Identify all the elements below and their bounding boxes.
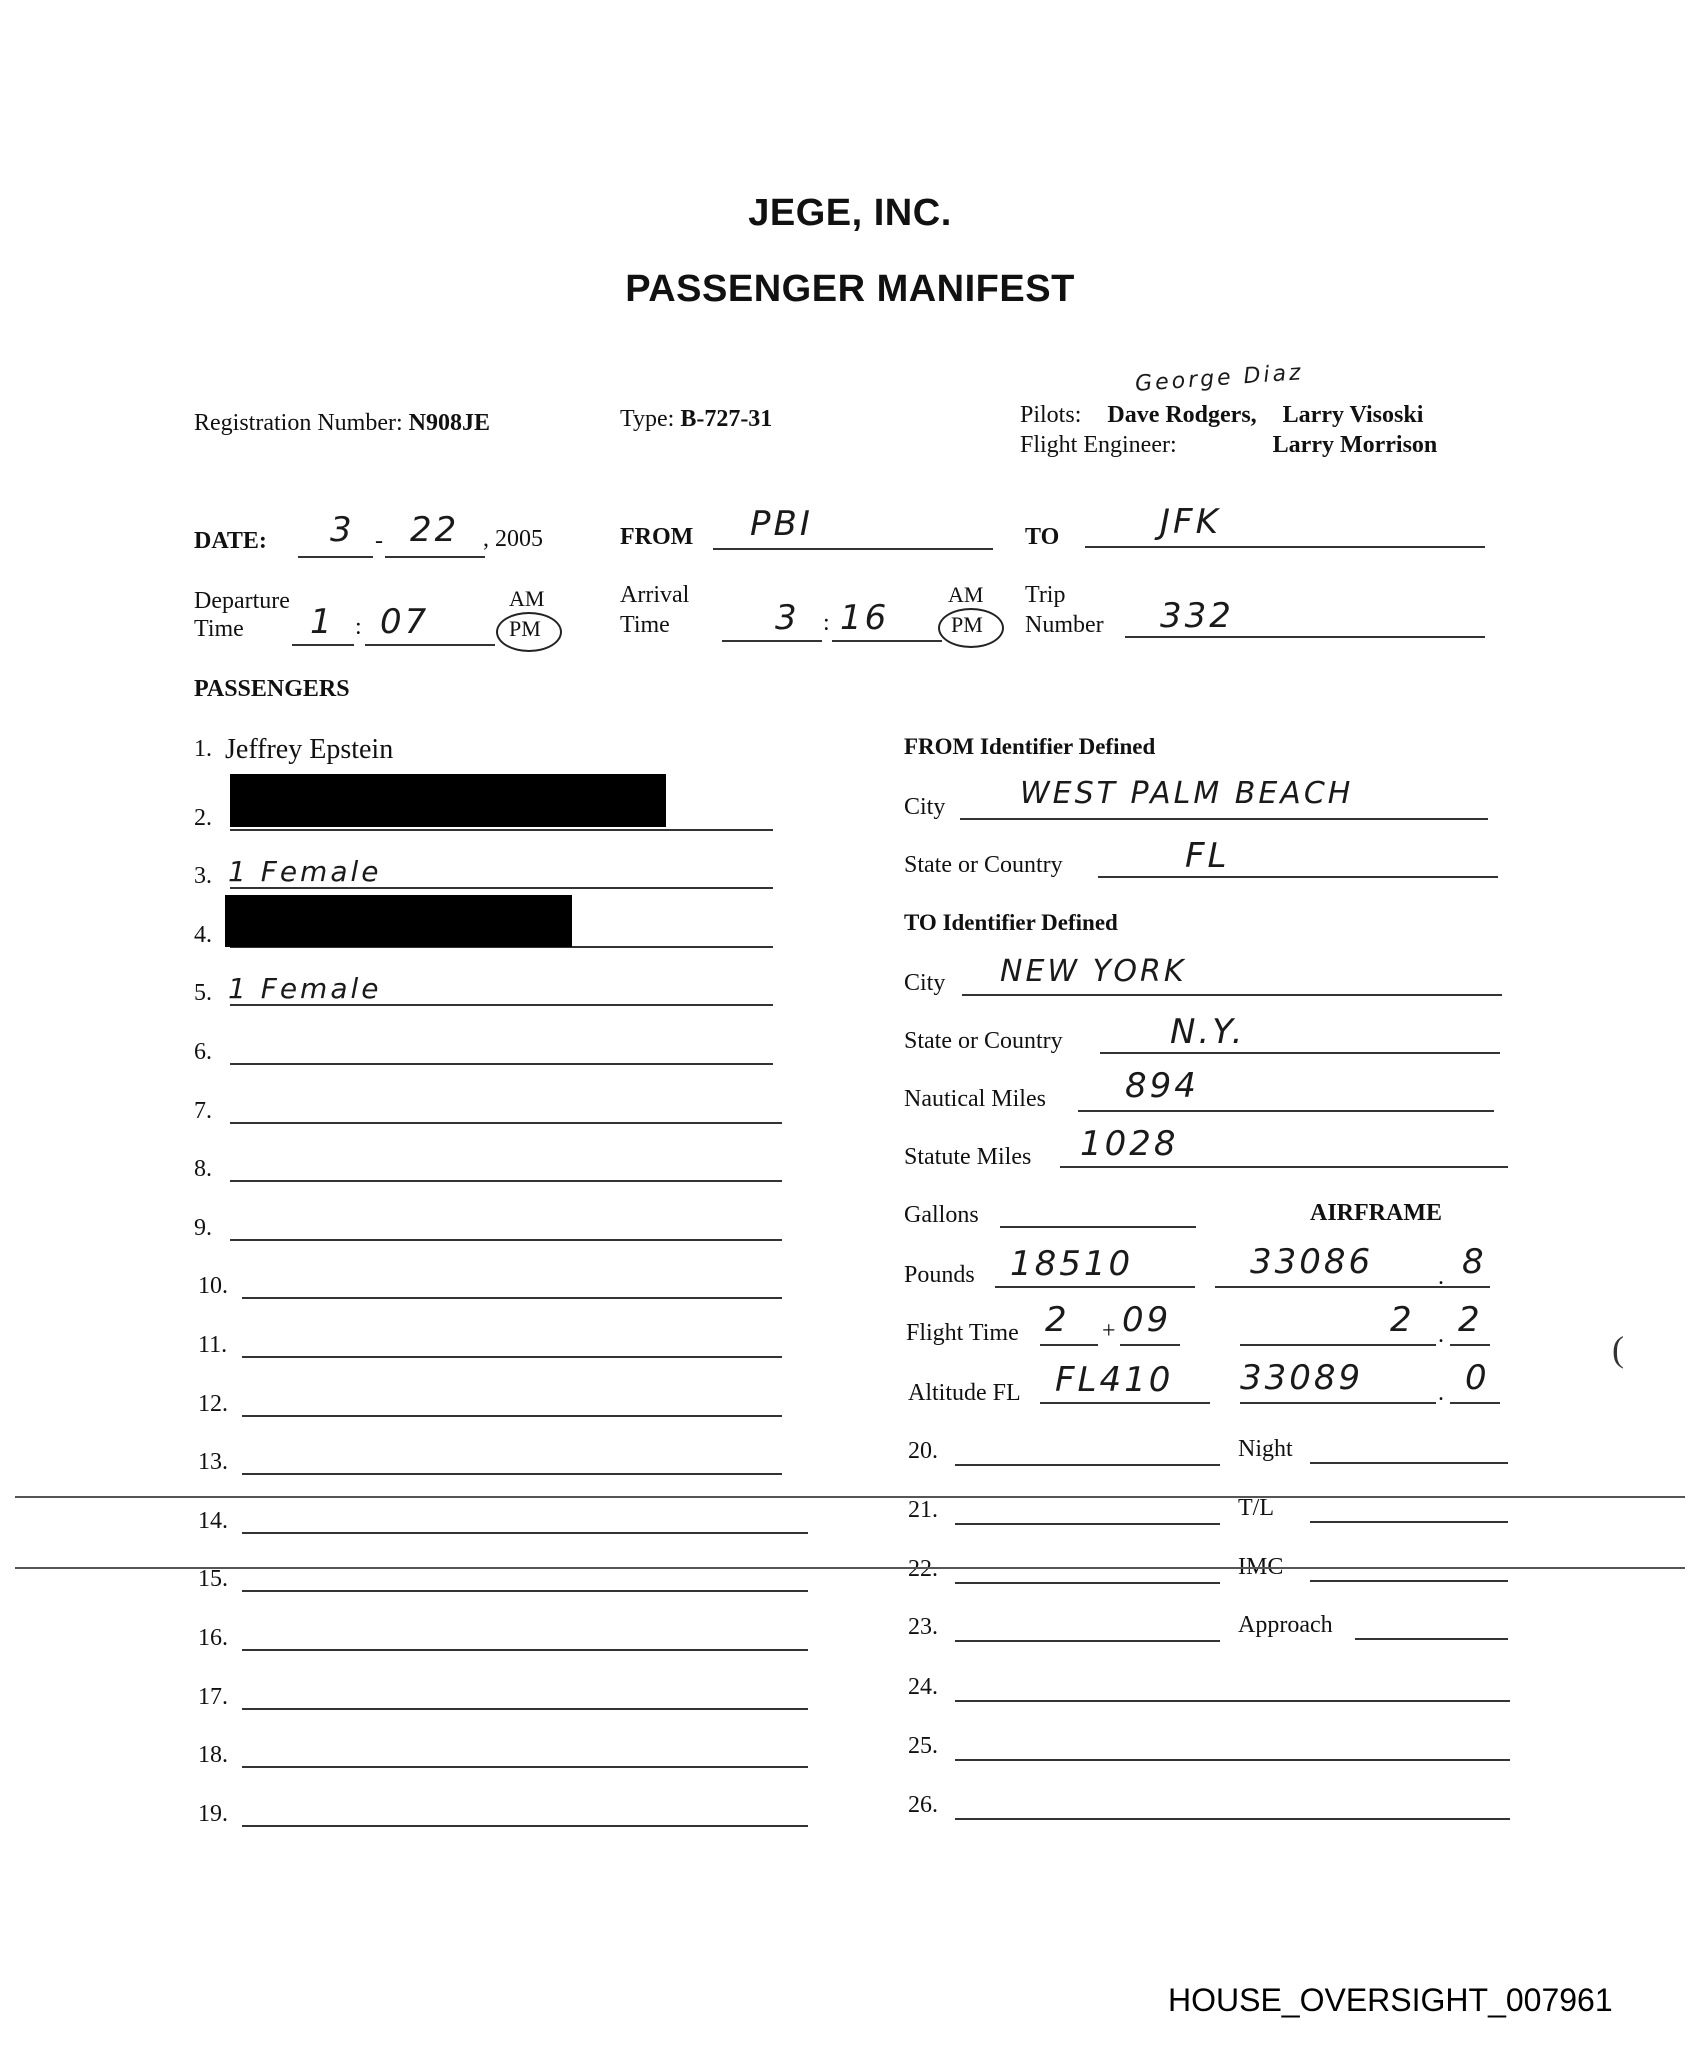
extra-row-side-line[interactable]: [1310, 1462, 1508, 1464]
flight-time-hours-line: [1040, 1344, 1098, 1346]
airframe-delta[interactable]: 2: [1390, 1300, 1415, 1340]
passenger-name-line[interactable]: [242, 1532, 808, 1534]
departure-colon: :: [355, 614, 362, 641]
passenger-name-line[interactable]: [242, 1649, 808, 1651]
trip-label-1: Trip: [1025, 582, 1065, 609]
to-city-line: [962, 994, 1502, 996]
from-identifier-heading: FROM Identifier Defined: [904, 734, 1155, 760]
passenger-number: 11.: [198, 1332, 227, 1359]
passenger-name-line[interactable]: [242, 1708, 808, 1710]
extra-row-side-line[interactable]: [1355, 1638, 1508, 1640]
passenger-number: 3.: [194, 863, 212, 890]
type-value: B-727-31: [680, 406, 772, 432]
passenger-number: 16.: [198, 1625, 228, 1652]
flight-time-hours[interactable]: 2: [1045, 1300, 1070, 1340]
type-field: Type: B-727-31: [620, 406, 772, 433]
passenger-name-line[interactable]: [242, 1766, 808, 1768]
passenger-number: 12.: [198, 1391, 228, 1418]
passenger-number: 14.: [198, 1508, 228, 1535]
departure-hour-line: [292, 644, 354, 646]
passenger-number: 7.: [194, 1098, 212, 1125]
scan-rule: [15, 1567, 1685, 1569]
date-month-line: [298, 556, 373, 558]
date-day[interactable]: 22: [410, 510, 459, 550]
trip-label-2: Number: [1025, 612, 1104, 639]
to-city[interactable]: NEW YORK: [1000, 954, 1187, 989]
airframe-start-line: [1215, 1286, 1455, 1288]
airframe-delta-dec-line: [1450, 1344, 1490, 1346]
to-identifier-heading: TO Identifier Defined: [904, 910, 1118, 936]
to-state[interactable]: N.Y.: [1170, 1012, 1245, 1052]
arrival-colon: :: [823, 610, 830, 637]
extra-row-line[interactable]: [955, 1464, 1220, 1466]
date-dash: -: [375, 528, 383, 555]
airframe-end-dot: .: [1438, 1380, 1444, 1407]
flight-time-plus: +: [1102, 1318, 1116, 1345]
passenger-name-line[interactable]: [230, 1063, 773, 1065]
pounds-label: Pounds: [904, 1262, 975, 1289]
statute-label: Statute Miles: [904, 1144, 1031, 1171]
to-city-label: City: [904, 970, 945, 997]
pilot-2: Larry Visoski: [1283, 402, 1424, 428]
extra-row-line[interactable]: [955, 1523, 1220, 1525]
from-value[interactable]: PBI: [750, 504, 813, 544]
arrival-pm[interactable]: PM: [951, 612, 983, 638]
from-state-line: [1098, 876, 1498, 878]
statute-line: [1060, 1166, 1508, 1168]
arrival-hour-line: [722, 640, 822, 642]
passenger-number: 2.: [194, 805, 212, 832]
to-value[interactable]: JFK: [1160, 502, 1221, 542]
departure-pm[interactable]: PM: [509, 616, 541, 642]
passenger-number: 10.: [198, 1273, 228, 1300]
passenger-name-line[interactable]: [230, 1122, 782, 1124]
from-label: FROM: [620, 524, 693, 551]
departure-label-1: Departure: [194, 588, 290, 615]
passenger-name-line[interactable]: [242, 1825, 808, 1827]
gallons-label: Gallons: [904, 1202, 979, 1229]
pilot-1: Dave Rodgers,: [1107, 402, 1256, 428]
passenger-name-line[interactable]: [242, 1297, 782, 1299]
passenger-number: 5.: [194, 980, 212, 1007]
extra-row-line[interactable]: [955, 1700, 1510, 1702]
date-day-line: [385, 556, 485, 558]
nautical-value[interactable]: 894: [1125, 1066, 1199, 1106]
departure-hour[interactable]: 1: [310, 602, 335, 642]
to-label: TO: [1025, 524, 1059, 551]
extra-row-number: 23.: [908, 1614, 938, 1641]
extra-row-number: 25.: [908, 1733, 938, 1760]
page-title: PASSENGER MANIFEST: [0, 268, 1700, 311]
from-city[interactable]: WEST PALM BEACH: [1020, 776, 1353, 811]
from-state[interactable]: FL: [1185, 836, 1230, 876]
passenger-name-line[interactable]: [242, 1356, 782, 1358]
statute-value[interactable]: 1028: [1080, 1124, 1179, 1164]
arrival-minute[interactable]: 16: [840, 598, 889, 638]
extra-row-number: 24.: [908, 1674, 938, 1701]
airframe-end-dec[interactable]: 0: [1465, 1358, 1490, 1398]
extra-row-number: 21.: [908, 1497, 938, 1524]
date-month[interactable]: 3: [330, 510, 355, 550]
bates-number: HOUSE_OVERSIGHT_007961: [1168, 1982, 1613, 2019]
to-state-label: State or Country: [904, 1028, 1063, 1055]
passenger-name-line[interactable]: [242, 1415, 782, 1417]
extra-row-side-label: T/L: [1238, 1495, 1274, 1522]
altitude-value[interactable]: FL410: [1055, 1360, 1173, 1400]
extra-row-number: 20.: [908, 1438, 938, 1465]
altitude-label: Altitude FL: [908, 1380, 1021, 1407]
handwritten-pilot: George Diaz: [1134, 360, 1304, 397]
date-label: DATE:: [194, 528, 267, 555]
passenger-name[interactable]: 1 Female: [228, 972, 382, 1005]
extra-row-line[interactable]: [955, 1582, 1220, 1584]
passenger-number: 4.: [194, 922, 212, 949]
engineer-label: Flight Engineer:: [1020, 432, 1177, 458]
passenger-name-line[interactable]: [242, 1590, 808, 1592]
arrival-hour[interactable]: 3: [775, 598, 800, 638]
passenger-name-line[interactable]: [230, 829, 773, 831]
airframe-delta-dec[interactable]: 2: [1458, 1300, 1483, 1340]
departure-minute[interactable]: 07: [380, 602, 429, 642]
arrival-am[interactable]: AM: [948, 582, 983, 608]
arrival-minute-line: [832, 640, 942, 642]
redaction-block: [230, 774, 666, 827]
trip-number[interactable]: 332: [1160, 596, 1234, 636]
extra-row-side-label: Approach: [1238, 1612, 1333, 1639]
extra-row-number: 26.: [908, 1792, 938, 1819]
passenger-name-line[interactable]: [242, 1473, 782, 1475]
passenger-number: 1.: [194, 736, 212, 763]
altitude-line: [1040, 1402, 1210, 1404]
passenger-number: 18.: [198, 1742, 228, 1769]
departure-am[interactable]: AM: [509, 586, 544, 612]
extra-row-line[interactable]: [955, 1759, 1510, 1761]
departure-minute-line: [365, 644, 495, 646]
extra-row-side-line[interactable]: [1310, 1521, 1508, 1523]
gallons-line[interactable]: [1000, 1226, 1196, 1228]
arrival-label-2: Time: [620, 612, 670, 639]
airframe-end-dec-line: [1450, 1402, 1500, 1404]
registration-field: Registration Number: N908JE: [194, 410, 490, 437]
passengers-heading: PASSENGERS: [194, 676, 350, 703]
extra-row-line[interactable]: [955, 1640, 1220, 1642]
airframe-start[interactable]: 33086: [1250, 1242, 1373, 1282]
airframe-start-dot: .: [1438, 1264, 1444, 1291]
airframe-end[interactable]: 33089: [1240, 1358, 1363, 1398]
scan-rule: [15, 1496, 1685, 1498]
extra-row-side-label: Night: [1238, 1436, 1293, 1463]
airframe-start-dec-line: [1450, 1286, 1490, 1288]
passenger-number: 13.: [198, 1449, 228, 1476]
company-name: JEGE, INC.: [0, 192, 1700, 235]
passenger-name[interactable]: Jeffrey Epstein: [225, 734, 393, 766]
nautical-line: [1078, 1110, 1494, 1112]
flight-time-label: Flight Time: [906, 1320, 1019, 1347]
departure-label-2: Time: [194, 616, 244, 643]
type-label: Type:: [620, 406, 674, 432]
extra-row-number: 22.: [908, 1556, 938, 1583]
extra-row-side-line[interactable]: [1310, 1580, 1508, 1582]
pilots-field: Pilots: Dave Rodgers, Larry Visoski: [1020, 402, 1423, 429]
redaction-block: [225, 895, 572, 947]
airframe-delta-dot: .: [1438, 1322, 1444, 1349]
passenger-number: 9.: [194, 1215, 212, 1242]
passenger-number: 19.: [198, 1801, 228, 1828]
extra-row-line[interactable]: [955, 1818, 1510, 1820]
registration-value: N908JE: [409, 410, 490, 436]
airframe-start-dec[interactable]: 8: [1462, 1242, 1487, 1282]
to-state-line: [1100, 1052, 1500, 1054]
trip-line: [1125, 636, 1485, 638]
passenger-name-line[interactable]: [230, 1180, 782, 1182]
passenger-number: 6.: [194, 1039, 212, 1066]
engineer-field: Flight Engineer: Larry Morrison: [1020, 432, 1437, 459]
to-line: [1085, 546, 1485, 548]
passenger-name-line[interactable]: [230, 1239, 782, 1241]
passenger-number: 17.: [198, 1684, 228, 1711]
airframe-heading: AIRFRAME: [1310, 1200, 1442, 1227]
from-line: [713, 548, 993, 550]
airframe-delta-line: [1240, 1344, 1436, 1346]
pounds-value[interactable]: 18510: [1010, 1244, 1133, 1284]
passenger-name[interactable]: 1 Female: [228, 855, 382, 888]
arrival-label-1: Arrival: [620, 582, 689, 609]
from-city-line: [960, 818, 1488, 820]
passenger-number: 15.: [198, 1566, 228, 1593]
pilots-label: Pilots:: [1020, 402, 1081, 428]
registration-label: Registration Number:: [194, 410, 403, 436]
from-state-label: State or Country: [904, 852, 1063, 879]
flight-time-minutes-line: [1120, 1344, 1180, 1346]
date-year: , 2005: [483, 526, 543, 553]
passenger-number: 8.: [194, 1156, 212, 1183]
engineer-value: Larry Morrison: [1273, 432, 1438, 458]
margin-mark: (: [1612, 1328, 1624, 1370]
flight-time-minutes[interactable]: 09: [1122, 1300, 1171, 1340]
nautical-label: Nautical Miles: [904, 1086, 1046, 1113]
from-city-label: City: [904, 794, 945, 821]
pounds-line: [995, 1286, 1195, 1288]
airframe-end-line: [1240, 1402, 1436, 1404]
